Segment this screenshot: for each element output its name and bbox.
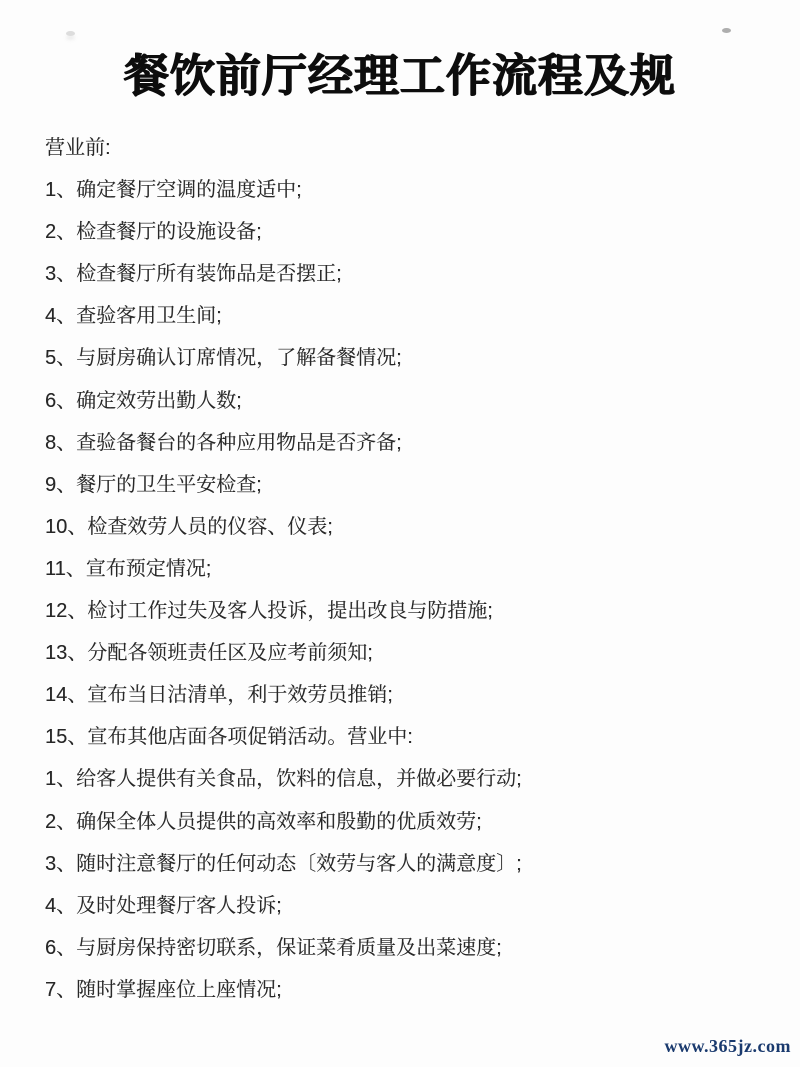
- list-item: 9、餐厅的卫生平安检查;: [45, 473, 780, 515]
- list-item: 6、与厨房保持密切联系，保证菜肴质量及出菜速度;: [45, 936, 780, 978]
- list-item: 3、检查餐厅所有装饰品是否摆正;: [45, 262, 780, 304]
- list-item: 2、确保全体人员提供的高效率和殷勤的优质效劳;: [45, 810, 780, 852]
- list-item: 12、检讨工作过失及客人投诉，提出改良与防措施;: [45, 599, 780, 641]
- list-item: 4、及时处理餐厅客人投诉;: [45, 894, 780, 936]
- watermark-url: www.365jz.com: [665, 1036, 791, 1057]
- list-item: 1、给客人提供有关食品，饮料的信息，并做必要行动;: [45, 767, 780, 809]
- document-body: 营业前: 1、确定餐厅空调的温度适中; 2、检查餐厅的设施设备; 3、检查餐厅所…: [45, 136, 780, 1020]
- list-item: 5、与厨房确认订席情况，了解备餐情况;: [45, 346, 780, 388]
- document-page: 餐饮前厅经理工作流程及规 营业前: 1、确定餐厅空调的温度适中; 2、检查餐厅的…: [0, 0, 800, 1067]
- section-heading-pre-opening: 营业前:: [45, 136, 780, 178]
- list-item: 3、随时注意餐厅的任何动态〔效劳与客人的满意度〕;: [45, 852, 780, 894]
- list-item: 2、检查餐厅的设施设备;: [45, 220, 780, 262]
- list-item: 4、查验客用卫生间;: [45, 304, 780, 346]
- list-item: 6、确定效劳出勤人数;: [45, 389, 780, 431]
- list-item: 11、宣布预定情况;: [45, 557, 780, 599]
- page-title: 餐饮前厅经理工作流程及规: [0, 50, 800, 102]
- list-item: 1、确定餐厅空调的温度适中;: [45, 178, 780, 220]
- list-item-with-heading-mid-opening: 15、宣布其他店面各项促销活动。营业中:: [45, 725, 780, 767]
- list-item: 14、宣布当日沽清单，利于效劳员推销;: [45, 683, 780, 725]
- list-item: 8、查验备餐台的各种应用物品是否齐备;: [45, 431, 780, 473]
- list-item: 7、随时掌握座位上座情况;: [45, 978, 780, 1020]
- scan-artifact: [722, 28, 731, 33]
- list-item: 13、分配各领班责任区及应考前须知;: [45, 641, 780, 683]
- scan-artifact: [66, 31, 75, 36]
- list-item: 10、检查效劳人员的仪容、仪表;: [45, 515, 780, 557]
